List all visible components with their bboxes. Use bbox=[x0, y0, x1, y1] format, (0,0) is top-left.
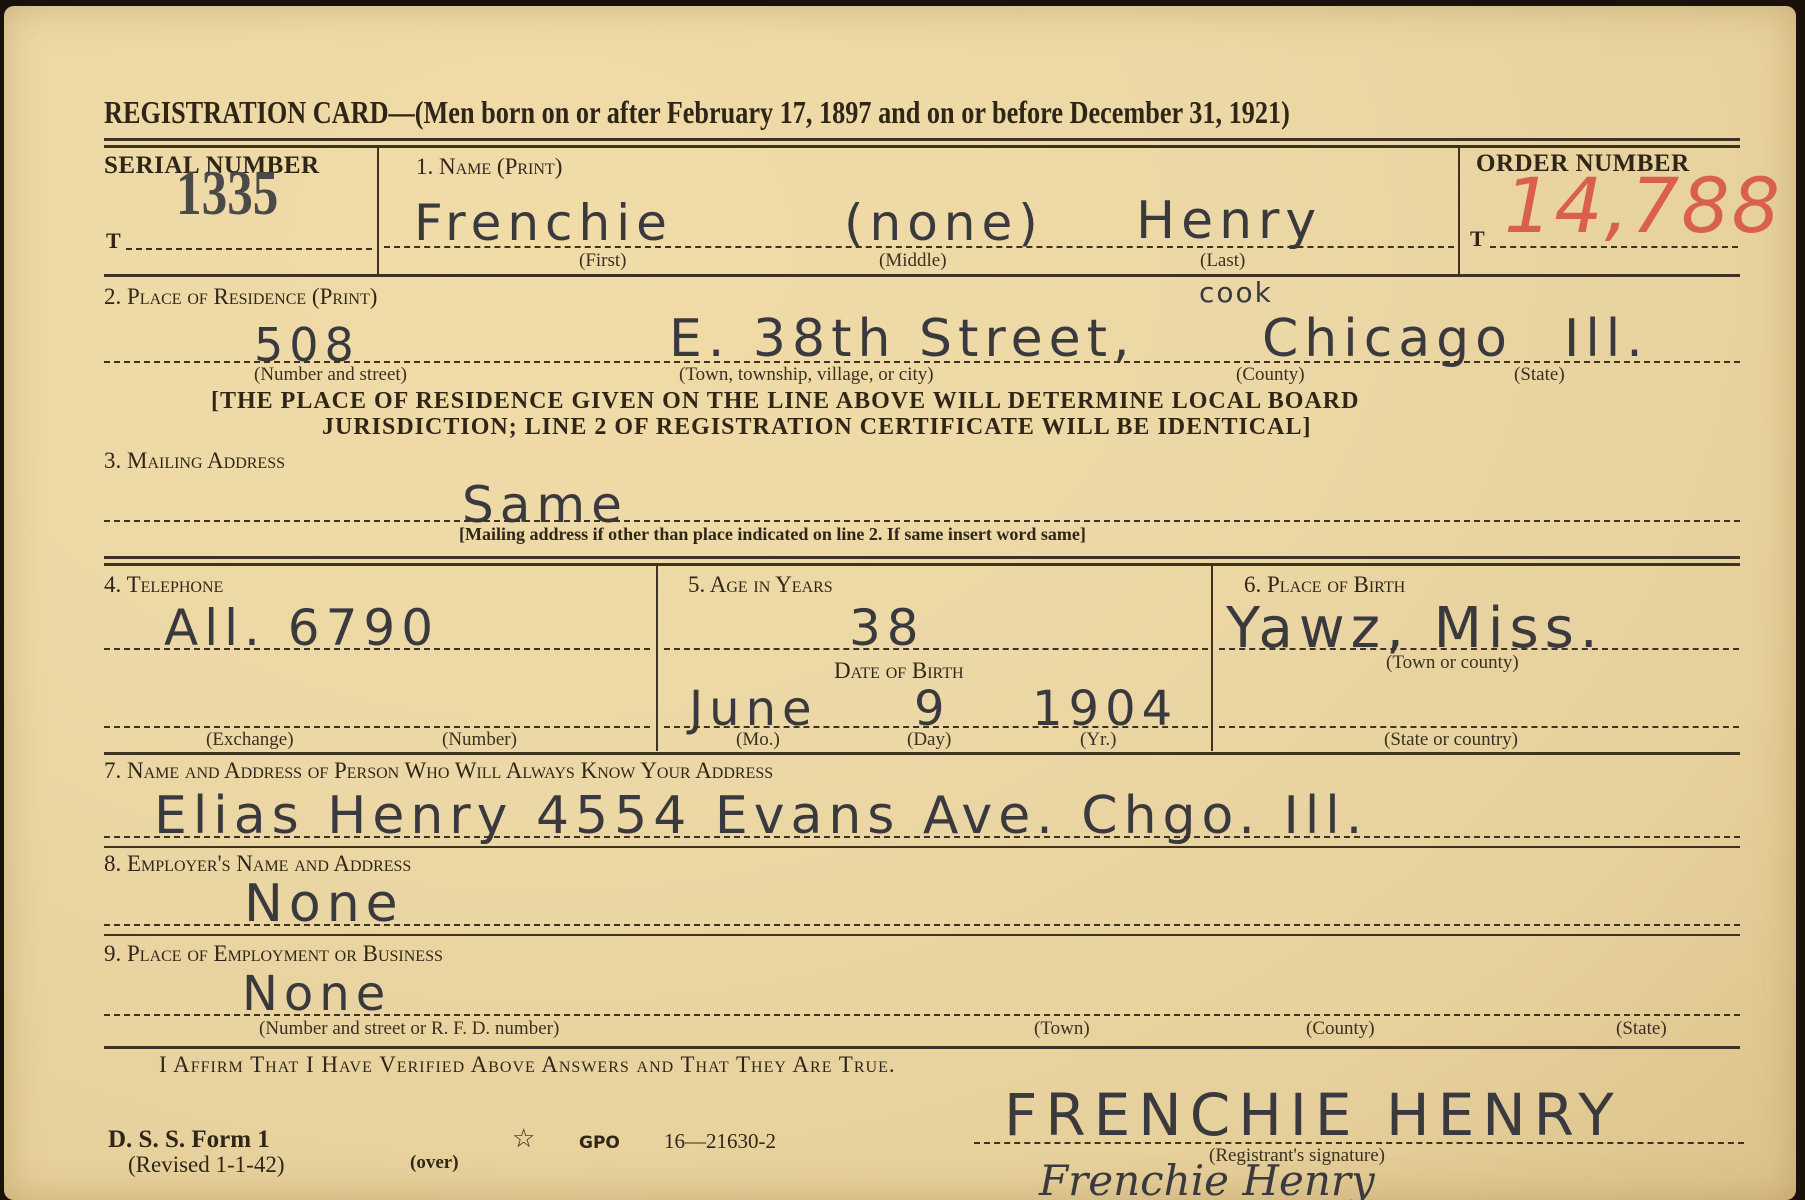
residence-town[interactable]: E. 38th Street, bbox=[669, 309, 1136, 369]
serial-line bbox=[126, 248, 372, 250]
residence-county[interactable]: Chicago bbox=[1262, 309, 1513, 369]
employer-line bbox=[104, 924, 1740, 926]
signature-line bbox=[974, 1142, 1744, 1144]
employment-line bbox=[104, 1014, 1740, 1016]
form-id: D. S. S. Form 1 bbox=[108, 1126, 270, 1154]
hint-tel-number: (Number) bbox=[442, 729, 517, 751]
hint-emp-town: (Town) bbox=[1034, 1018, 1090, 1040]
name-middle[interactable]: (none) bbox=[844, 194, 1044, 252]
residence-notice-2: JURISDICTION; LINE 2 OF REGISTRATION CER… bbox=[322, 414, 1311, 441]
order-value[interactable]: 14,788 bbox=[1504, 161, 1782, 250]
card-title: REGISTRATION CARD—(Men born on or after … bbox=[104, 94, 1290, 131]
divider bbox=[656, 566, 658, 751]
name-first[interactable]: Frenchie bbox=[414, 194, 673, 252]
signature-cursive: Frenchie Henry bbox=[1039, 1156, 1375, 1200]
serial-prefix: T bbox=[106, 228, 121, 254]
gpo-label: GPO bbox=[579, 1133, 620, 1153]
affirm-text: I Affirm That I Have Verified Above Answ… bbox=[159, 1052, 896, 1078]
name-last[interactable]: Henry bbox=[1136, 191, 1322, 251]
divider bbox=[377, 148, 379, 274]
divider bbox=[1458, 148, 1460, 274]
residence-state[interactable]: Ill. bbox=[1564, 309, 1649, 369]
residence-line bbox=[104, 361, 1740, 363]
age-line bbox=[664, 648, 1208, 650]
residence-county-note[interactable]: cook bbox=[1199, 276, 1273, 309]
hint-state: (State) bbox=[1514, 364, 1565, 386]
registration-card: REGISTRATION CARD—(Men born on or after … bbox=[4, 6, 1796, 1200]
hint-mo: (Mo.) bbox=[736, 729, 780, 751]
contact-line bbox=[104, 836, 1740, 838]
hint-last: (Last) bbox=[1200, 250, 1245, 272]
order-line bbox=[1490, 246, 1738, 248]
birthplace-state-line bbox=[1219, 726, 1739, 728]
residence-label: 2. Place of Residence (Print) bbox=[104, 284, 377, 310]
hint-county: (County) bbox=[1236, 364, 1305, 386]
divider bbox=[1211, 566, 1213, 751]
star-icon: ☆ bbox=[512, 1124, 535, 1154]
mailing-hint: [Mailing address if other than place ind… bbox=[459, 524, 1086, 545]
gpo-number: 16—21630-2 bbox=[664, 1129, 776, 1154]
telephone-line bbox=[104, 648, 650, 650]
telephone-line-2 bbox=[104, 726, 650, 728]
form-over: (over) bbox=[410, 1152, 459, 1174]
hint-state-country: (State or country) bbox=[1384, 729, 1518, 751]
telephone-label: 4. Telephone bbox=[104, 572, 223, 598]
hint-street-rfd: (Number and street or R. F. D. number) bbox=[259, 1018, 559, 1040]
employment-label: 9. Place of Employment or Business bbox=[104, 941, 443, 967]
row-rule bbox=[104, 274, 1740, 277]
dob-line bbox=[664, 726, 1208, 728]
hint-day: (Day) bbox=[907, 729, 951, 751]
row-rule bbox=[104, 846, 1740, 848]
birthplace-label: 6. Place of Birth bbox=[1244, 572, 1405, 598]
hint-number-street: (Number and street) bbox=[254, 364, 407, 386]
title-rule-2 bbox=[104, 145, 1740, 148]
row-rule bbox=[104, 934, 1740, 936]
hint-yr: (Yr.) bbox=[1080, 729, 1116, 751]
hint-exchange: (Exchange) bbox=[206, 729, 294, 751]
row-rule bbox=[104, 752, 1740, 755]
contact-label: 7. Name and Address of Person Who Will A… bbox=[104, 758, 773, 784]
hint-town-county: (Town or county) bbox=[1386, 652, 1519, 674]
residence-notice-1: [THE PLACE OF RESIDENCE GIVEN ON THE LIN… bbox=[211, 388, 1359, 415]
row-rule bbox=[104, 556, 1740, 559]
name-line bbox=[384, 246, 1454, 248]
row-rule bbox=[104, 1046, 1740, 1049]
hint-emp-state: (State) bbox=[1616, 1018, 1667, 1040]
hint-middle: (Middle) bbox=[879, 250, 947, 272]
form-revised: (Revised 1-1-42) bbox=[128, 1152, 285, 1178]
signature[interactable]: FRENCHIE HENRY bbox=[1004, 1081, 1622, 1149]
hint-town: (Town, township, village, or city) bbox=[679, 364, 934, 386]
age-label: 5. Age in Years bbox=[688, 572, 833, 598]
row-rule bbox=[104, 563, 1740, 566]
hint-first: (First) bbox=[579, 250, 627, 272]
name-label: 1. Name (Print) bbox=[416, 154, 562, 180]
serial-value: 1335 bbox=[176, 156, 278, 230]
title-rule bbox=[104, 138, 1740, 141]
order-prefix: T bbox=[1470, 226, 1485, 252]
hint-emp-county: (County) bbox=[1306, 1018, 1375, 1040]
birthplace-line bbox=[1219, 648, 1739, 650]
mailing-label: 3. Mailing Address bbox=[104, 448, 285, 474]
mailing-line bbox=[104, 520, 1740, 522]
